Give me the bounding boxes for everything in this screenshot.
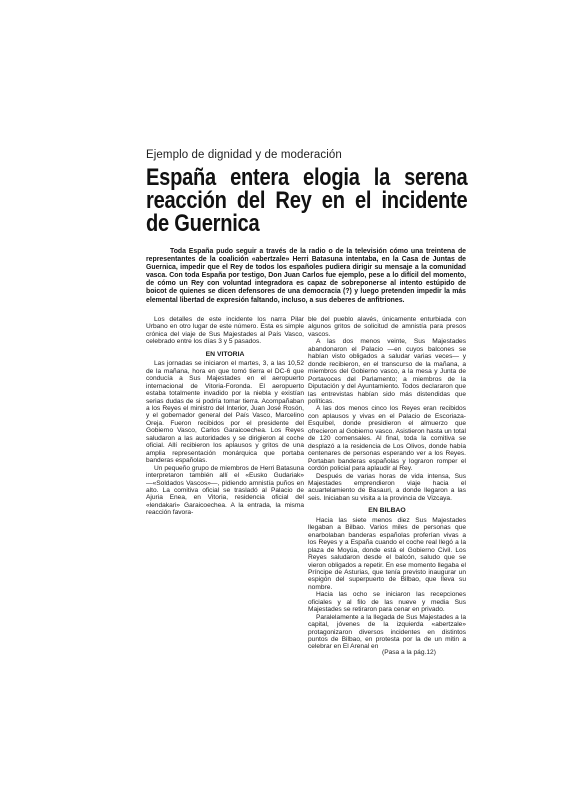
paragraph: ble del pueblo alavés, únicamente enturb… [308,316,466,338]
paragraph: Paralelamente a la llegada de Sus Majest… [308,614,466,651]
headline-line-3: de Guernica [146,212,467,235]
right-column: ble del pueblo alavés, únicamente enturb… [308,316,466,651]
paragraph: A las dos menos veinte, Sus Majestades a… [308,338,466,405]
subheading-vitoria: EN VITORIA [146,351,304,358]
paragraph: Un pequeño grupo de miembros de Herri Ba… [146,465,304,517]
subheading-bilbao: EN BILBAO [308,507,466,514]
headline-line-2: reacción del Rey en el incidente [146,189,467,212]
paragraph: Hacia las siete menos diez Sus Majestade… [308,517,466,592]
paragraph: Las jornadas se iniciaron el martes, 3, … [146,360,304,464]
paragraph: A las dos menos cinco los Reyes eran rec… [308,405,466,472]
kicker: Ejemplo de dignidad y de moderación [146,149,342,161]
paragraph: Después de varias horas de vida intensa,… [308,473,466,503]
continued-on-page-note: (Pasa a la pág.12) [382,649,436,656]
lede: Toda España pudo seguir a través de la r… [146,248,466,305]
lede-paragraph: Toda España pudo seguir a través de la r… [146,248,466,305]
paragraph: Los detalles de este incidente los narra… [146,316,304,346]
headline: España entera elogia la serena reacción … [146,166,467,235]
paragraph: Hacia las ocho se iniciaron las recepcio… [308,591,466,613]
headline-line-1: España entera elogia la serena [146,166,467,189]
left-column: Los detalles de este incidente los narra… [146,316,304,517]
